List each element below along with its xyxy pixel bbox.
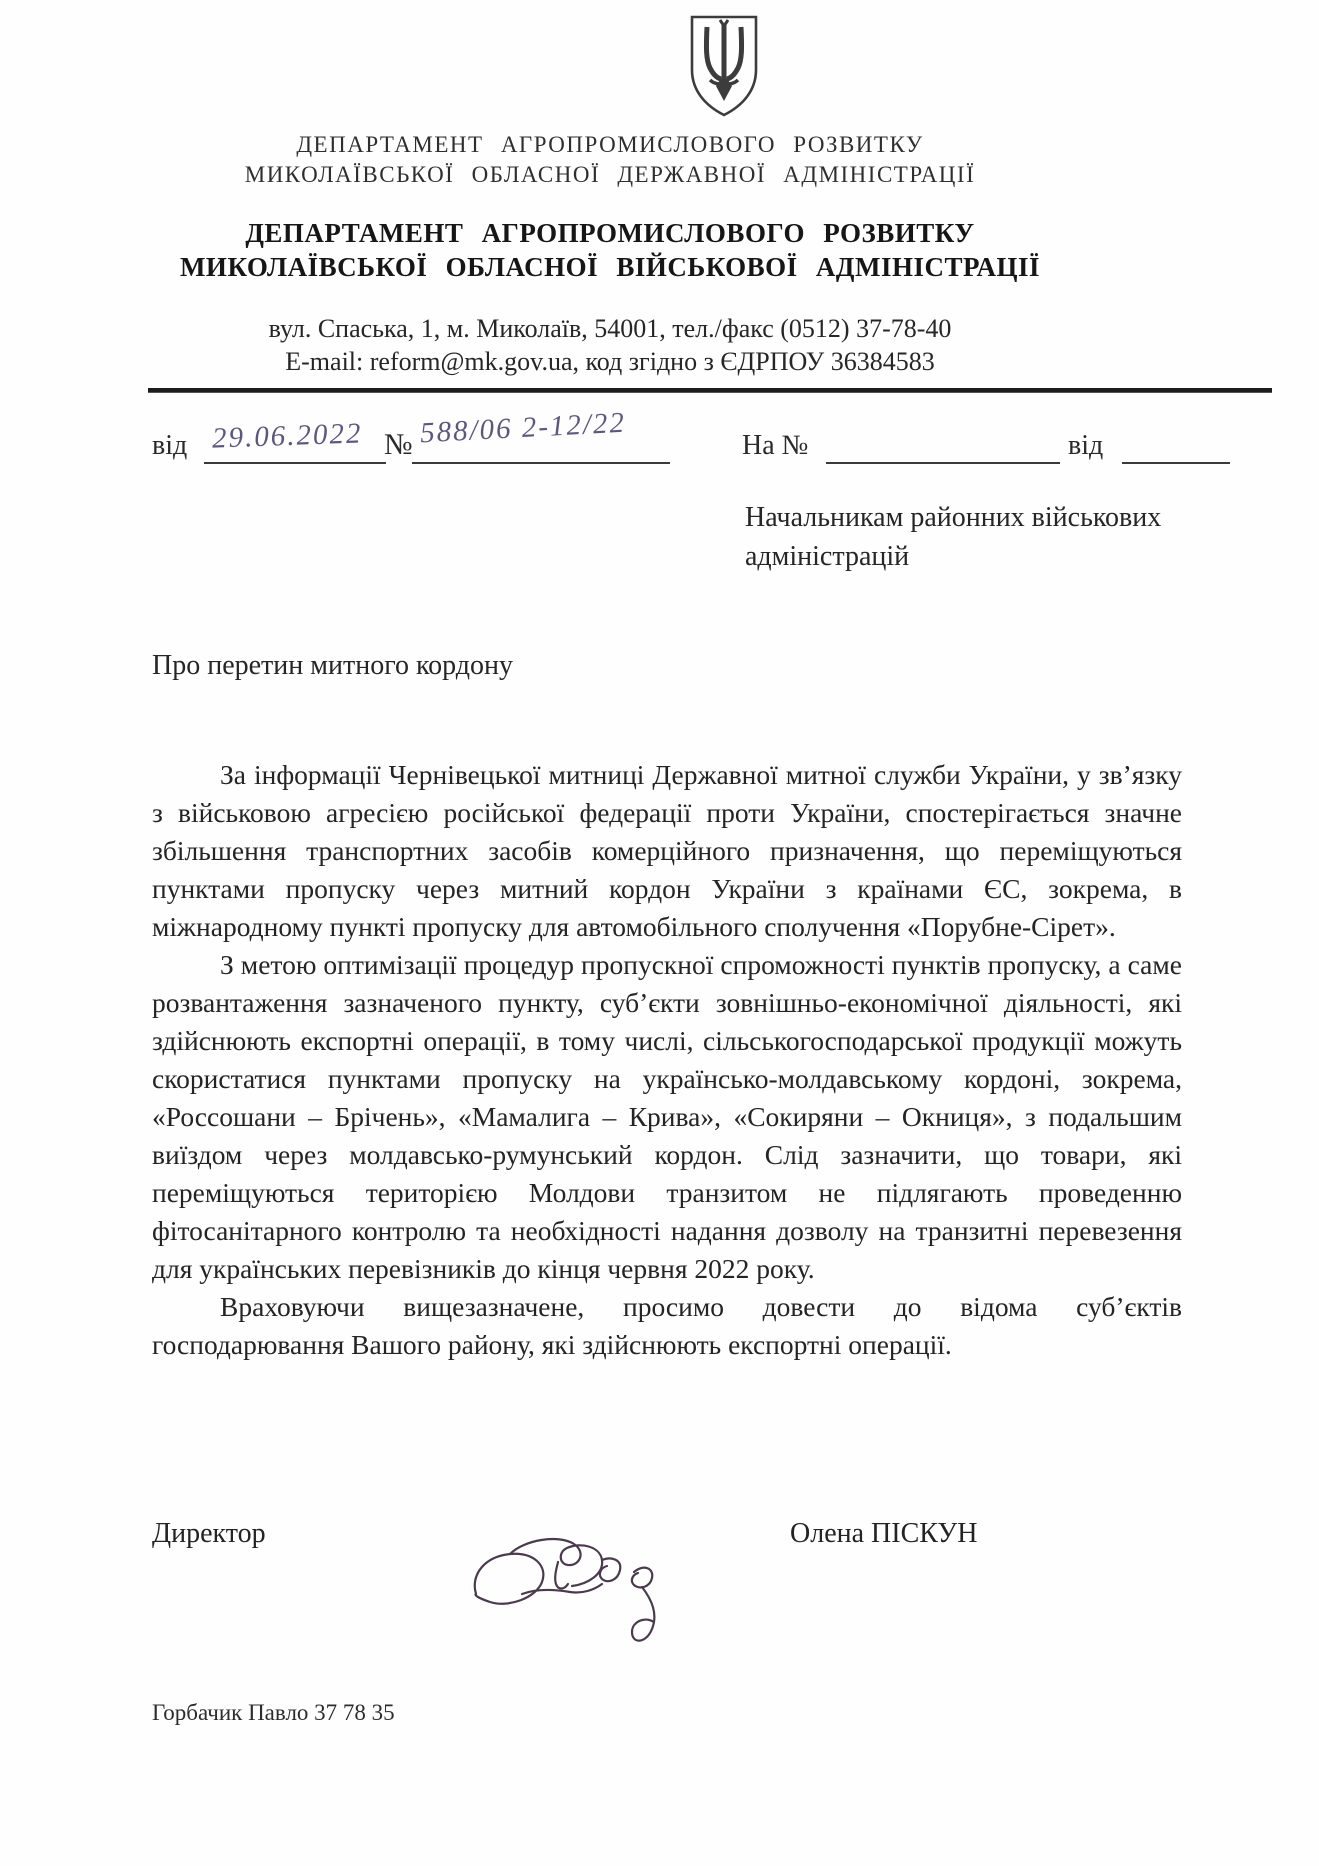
signer-name: Олена ПІСКУН bbox=[790, 1518, 977, 1550]
outgoing-number-label: № bbox=[384, 428, 413, 462]
org-name-state-admin: ДЕПАРТАМЕНТ АГРОПРОМИСЛОВОГО РОЗВИТКУ МИ… bbox=[150, 130, 1070, 190]
outgoing-date-underline bbox=[204, 428, 386, 464]
executor-line: Горбачик Павло 37 78 35 bbox=[152, 1700, 395, 1726]
signer-title: Директор bbox=[152, 1518, 266, 1550]
scanned-letter-page: ДЕПАРТАМЕНТ АГРОПРОМИСЛОВОГО РОЗВИТКУ МИ… bbox=[0, 0, 1319, 1866]
header-divider bbox=[148, 388, 1272, 393]
outgoing-number-underline bbox=[412, 428, 670, 464]
contact-block: вул. Спаська, 1, м. Миколаїв, 54001, тел… bbox=[150, 312, 1070, 378]
ukraine-trident-emblem-icon bbox=[686, 14, 762, 118]
recipient-line2: адміністрацій bbox=[745, 537, 1161, 576]
address-line: вул. Спаська, 1, м. Миколаїв, 54001, тел… bbox=[150, 312, 1070, 345]
outgoing-date-label: від bbox=[152, 430, 187, 462]
handwritten-signature bbox=[462, 1532, 687, 1667]
body-paragraph-1: За інформації Чернівецької митниці Держа… bbox=[152, 756, 1182, 946]
org-name-military-admin: ДЕПАРТАМЕНТ АГРОПРОМИСЛОВОГО РОЗВИТКУ МИ… bbox=[150, 216, 1070, 284]
reply-number-underline bbox=[826, 428, 1060, 464]
org-top-line1: ДЕПАРТАМЕНТ АГРОПРОМИСЛОВОГО РОЗВИТКУ bbox=[150, 130, 1070, 160]
letter-body: За інформації Чернівецької митниці Держа… bbox=[152, 756, 1182, 1364]
subject-line: Про перетин митного кордону bbox=[152, 650, 513, 682]
recipient-block: Начальникам районних військових адмініст… bbox=[745, 498, 1161, 576]
org-main-line2: МИКОЛАЇВСЬКОЇ ОБЛАСНОЇ ВІЙСЬКОВОЇ АДМІНІ… bbox=[150, 250, 1070, 284]
org-top-line2: МИКОЛАЇВСЬКОЇ ОБЛАСНОЇ ДЕРЖАВНОЇ АДМІНІС… bbox=[150, 160, 1070, 190]
body-paragraph-3: Враховуючи вищезазначене, просимо довест… bbox=[152, 1288, 1182, 1364]
recipient-line1: Начальникам районних військових bbox=[745, 498, 1161, 537]
reply-date-underline bbox=[1122, 428, 1230, 464]
reply-date-label: від bbox=[1068, 430, 1103, 462]
org-main-line1: ДЕПАРТАМЕНТ АГРОПРОМИСЛОВОГО РОЗВИТКУ bbox=[150, 216, 1070, 250]
email-line: E-mail: reform@mk.gov.ua, код згідно з Є… bbox=[150, 345, 1070, 378]
body-paragraph-2: З метою оптимізації процедур пропускної … bbox=[152, 946, 1182, 1288]
reply-number-label: На № bbox=[742, 430, 808, 462]
